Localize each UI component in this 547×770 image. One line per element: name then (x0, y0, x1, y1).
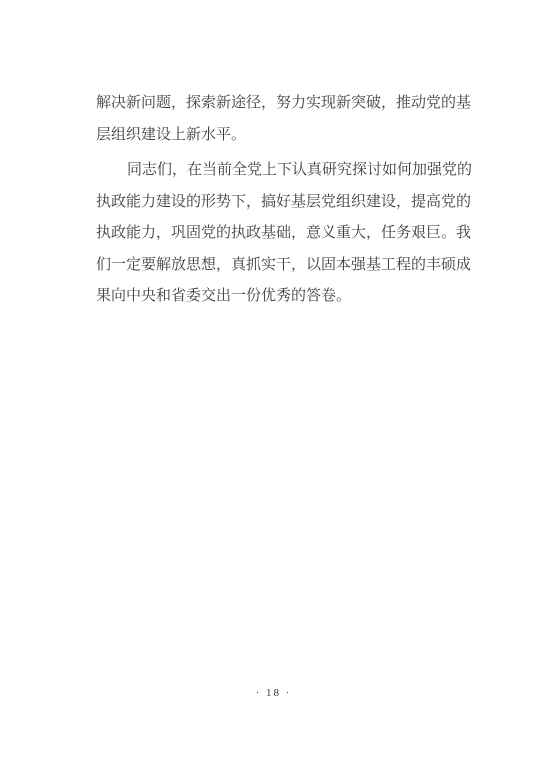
text-line: 解决新问题，探索新途径，努力实现新突破，推动党的基 (96, 88, 476, 120)
text-line: 层组织建设上新水平。 (96, 120, 476, 152)
paragraph: 同志们，在当前全党上下认真研究探讨如何加强党的 执政能力建设的形势下，搞好基层党… (96, 155, 476, 313)
text-line: 同志们，在当前全党上下认真研究探讨如何加强党的 (96, 155, 476, 187)
text-line: 执政能力，巩固党的执政基础，意义重大，任务艰巨。我 (96, 218, 476, 250)
document-page: 解决新问题，探索新途径，努力实现新突破，推动党的基 层组织建设上新水平。 同志们… (0, 0, 547, 770)
body-text: 解决新问题，探索新途径，努力实现新突破，推动党的基 层组织建设上新水平。 同志们… (96, 88, 476, 313)
text-line: 执政能力建设的形势下，搞好基层党组织建设，提高党的 (96, 187, 476, 219)
text-line: 果向中央和省委交出一份优秀的答卷。 (96, 281, 476, 313)
text-line: 们一定要解放思想，真抓实干，以固本强基工程的丰硕成 (96, 250, 476, 282)
paragraph: 解决新问题，探索新途径，努力实现新突破，推动党的基 层组织建设上新水平。 (96, 88, 476, 151)
page-number: · 18 · (0, 687, 547, 699)
